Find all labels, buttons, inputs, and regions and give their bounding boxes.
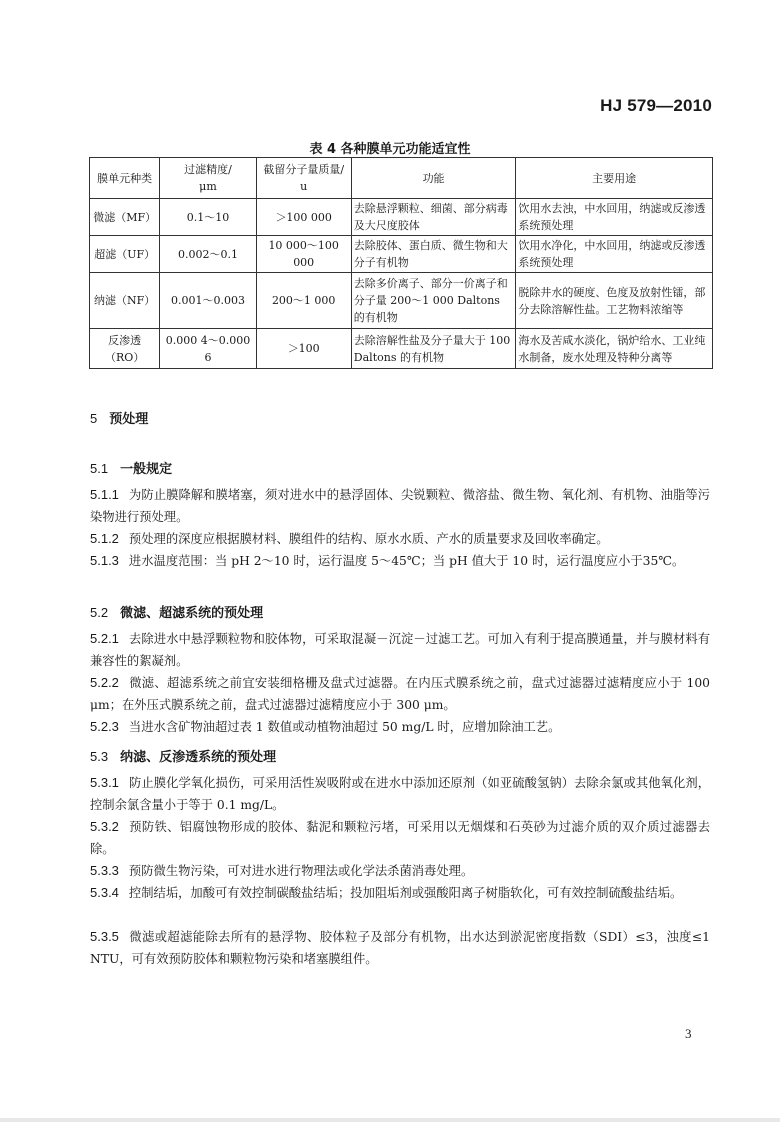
section-number: 5.1 [90,461,108,476]
standard-code: HJ 579—2010 [600,96,712,116]
table-title: 表 4 各种膜单元功能适宜性 [0,138,780,157]
section-number: 5.3 [90,749,108,764]
cell-mwco: 10 000～100 000 [256,236,351,273]
cell-function: 去除溶解性盐及分子量大于 100 Daltons 的有机物 [351,329,516,369]
clause-number: 5.1.1 [90,487,119,502]
cell-precision: 0.1～10 [160,199,256,236]
page-number: 3 [685,1026,692,1042]
table-row: 反渗透（RO） 0.000 4～0.000 6 ＞100 去除溶解性盐及分子量大… [90,329,713,369]
clause-5-2-3: 5.2.3当进水含矿物油超过表 1 数值或动植物油超过 50 mg/L 时，应增… [90,716,710,738]
cell-precision: 0.002～0.1 [160,236,256,273]
section-heading-5: 5预处理 [90,408,148,427]
cell-use: 饮用水去浊，中水回用，纳滤或反渗透系统预处理 [516,199,713,236]
clause-5-1-1: 5.1.1为防止膜降解和膜堵塞，须对进水中的悬浮固体、尖锐颗粒、微溶盐、微生物、… [90,484,710,528]
membrane-function-table: 膜单元种类 过滤精度/μm 截留分子量质量/u 功能 主要用途 微滤（MF） 0… [89,157,713,369]
clause-number: 5.2.1 [90,631,119,646]
header-cell-mwco: 截留分子量质量/u [256,158,351,199]
clause-5-1-2: 5.1.2预处理的深度应根据膜材料、膜组件的结构、原水水质、产水的质量要求及回收… [90,528,710,550]
section-title: 一般规定 [120,462,172,477]
clause-number: 5.2.2 [90,675,119,690]
clause-5-3-5: 5.3.5微滤或超滤能除去所有的悬浮物、胶体粒子及部分有机物，出水达到淤泥密度指… [90,926,710,970]
clause-number: 5.1.3 [90,553,119,568]
clause-text: 微滤或超滤能除去所有的悬浮物、胶体粒子及部分有机物，出水达到淤泥密度指数（SDI… [90,930,710,966]
table-row: 微滤（MF） 0.1～10 ＞100 000 去除悬浮颗粒、细菌、部分病毒及大尺… [90,199,713,236]
clause-text: 控制结垢，加酸可有效控制碳酸盐结垢；投加阻垢剂或强酸阳离子树脂软化，可有效控制硫… [129,886,682,900]
clause-5-3-2: 5.3.2预防铁、铝腐蚀物形成的胶体、黏泥和颗粒污堵，可采用以无烟煤和石英砂为过… [90,816,710,860]
section-number: 5 [90,411,97,426]
clause-text: 预防微生物污染，可对进水进行物理法或化学法杀菌消毒处理。 [129,864,473,878]
header-text: 功能 [423,172,445,185]
section-heading-5-1: 5.1一般规定 [90,458,172,477]
header-text: 过滤精度/ [184,163,232,176]
clause-5-2-2: 5.2.2微滤、超滤系统之前宜安装细格栅及盘式过滤器。在内压式膜系统之前，盘式过… [90,672,710,716]
clause-text: 为防止膜降解和膜堵塞，须对进水中的悬浮固体、尖锐颗粒、微溶盐、微生物、氧化剂、有… [90,488,710,524]
clause-number: 5.3.5 [90,929,119,944]
clause-text: 防止膜化学氧化损伤，可采用活性炭吸附或在进水中添加还原剂（如亚硫酸氢钠）去除余氯… [90,776,710,812]
header-text: 膜单元种类 [97,172,152,185]
clause-5-3-1: 5.3.1防止膜化学氧化损伤，可采用活性炭吸附或在进水中添加还原剂（如亚硫酸氢钠… [90,772,710,816]
section-heading-5-2: 5.2微滤、超滤系统的预处理 [90,602,263,621]
cell-type: 超滤（UF） [90,236,160,273]
cell-precision: 0.001～0.003 [160,273,256,329]
section-title: 微滤、超滤系统的预处理 [120,606,263,621]
section-heading-5-3: 5.3纳滤、反渗透系统的预处理 [90,746,276,765]
cell-mwco: ＞100 [256,329,351,369]
header-cell-use: 主要用途 [516,158,713,199]
cell-function: 去除悬浮颗粒、细菌、部分病毒及大尺度胶体 [351,199,516,236]
clause-number: 5.3.2 [90,819,119,834]
clause-5-2-1: 5.2.1去除进水中悬浮颗粒物和胶体物，可采取混凝－沉淀－过滤工艺。可加入有利于… [90,628,710,672]
header-text: 截留分子量质量/ [263,163,344,176]
cell-mwco: ＞100 000 [256,199,351,236]
cell-type: 反渗透（RO） [90,329,160,369]
cell-use: 海水及苦咸水淡化，锅炉给水、工业纯水制备，废水处理及特种分离等 [516,329,713,369]
clause-text: 进水温度范围：当 pH 2～10 时，运行温度 5～45℃；当 pH 值大于 1… [129,554,684,568]
section-number: 5.2 [90,605,108,620]
cell-use: 饮用水净化，中水回用，纳滤或反渗透系统预处理 [516,236,713,273]
clause-text: 当进水含矿物油超过表 1 数值或动植物油超过 50 mg/L 时，应增加除油工艺… [129,720,560,734]
cell-use: 脱除井水的硬度、色度及放射性镭，部分去除溶解性盐。工艺物料浓缩等 [516,273,713,329]
clause-number: 5.3.3 [90,863,119,878]
header-cell-function: 功能 [351,158,516,199]
clause-text: 微滤、超滤系统之前宜安装细格栅及盘式过滤器。在内压式膜系统之前，盘式过滤器过滤精… [90,676,710,712]
clause-text: 去除进水中悬浮颗粒物和胶体物，可采取混凝－沉淀－过滤工艺。可加入有利于提高膜通量… [90,632,710,668]
cell-mwco: 200～1 000 [256,273,351,329]
clause-number: 5.1.2 [90,531,119,546]
clause-text: 预处理的深度应根据膜材料、膜组件的结构、原水水质、产水的质量要求及回收率确定。 [129,532,609,546]
cell-function: 去除多价离子、部分一价离子和分子量 200～1 000 Daltons 的有机物 [351,273,516,329]
clause-5-3-3: 5.3.3预防微生物污染，可对进水进行物理法或化学法杀菌消毒处理。 [90,860,710,882]
cell-precision: 0.000 4～0.000 6 [160,329,256,369]
page-bottom-edge [0,1118,780,1122]
header-cell-type: 膜单元种类 [90,158,160,199]
clause-number: 5.3.4 [90,885,119,900]
clause-number: 5.2.3 [90,719,119,734]
cell-type: 微滤（MF） [90,199,160,236]
cell-type: 纳滤（NF） [90,273,160,329]
table-row: 超滤（UF） 0.002～0.1 10 000～100 000 去除胶体、蛋白质… [90,236,713,273]
table-header-row: 膜单元种类 过滤精度/μm 截留分子量质量/u 功能 主要用途 [90,158,713,199]
cell-function: 去除胶体、蛋白质、微生物和大分子有机物 [351,236,516,273]
clause-5-3-4: 5.3.4控制结垢，加酸可有效控制碳酸盐结垢；投加阻垢剂或强酸阳离子树脂软化，可… [90,882,710,904]
header-text: 主要用途 [592,172,636,185]
table-row: 纳滤（NF） 0.001～0.003 200～1 000 去除多价离子、部分一价… [90,273,713,329]
section-title: 纳滤、反渗透系统的预处理 [120,750,276,765]
clause-number: 5.3.1 [90,775,119,790]
header-unit: u [300,180,307,193]
header-cell-precision: 过滤精度/μm [160,158,256,199]
section-title: 预处理 [109,412,148,427]
clause-5-1-3: 5.1.3进水温度范围：当 pH 2～10 时，运行温度 5～45℃；当 pH … [90,550,710,572]
clause-text: 预防铁、铝腐蚀物形成的胶体、黏泥和颗粒污堵，可采用以无烟煤和石英砂为过滤介质的双… [90,820,710,856]
header-unit: μm [199,180,217,193]
